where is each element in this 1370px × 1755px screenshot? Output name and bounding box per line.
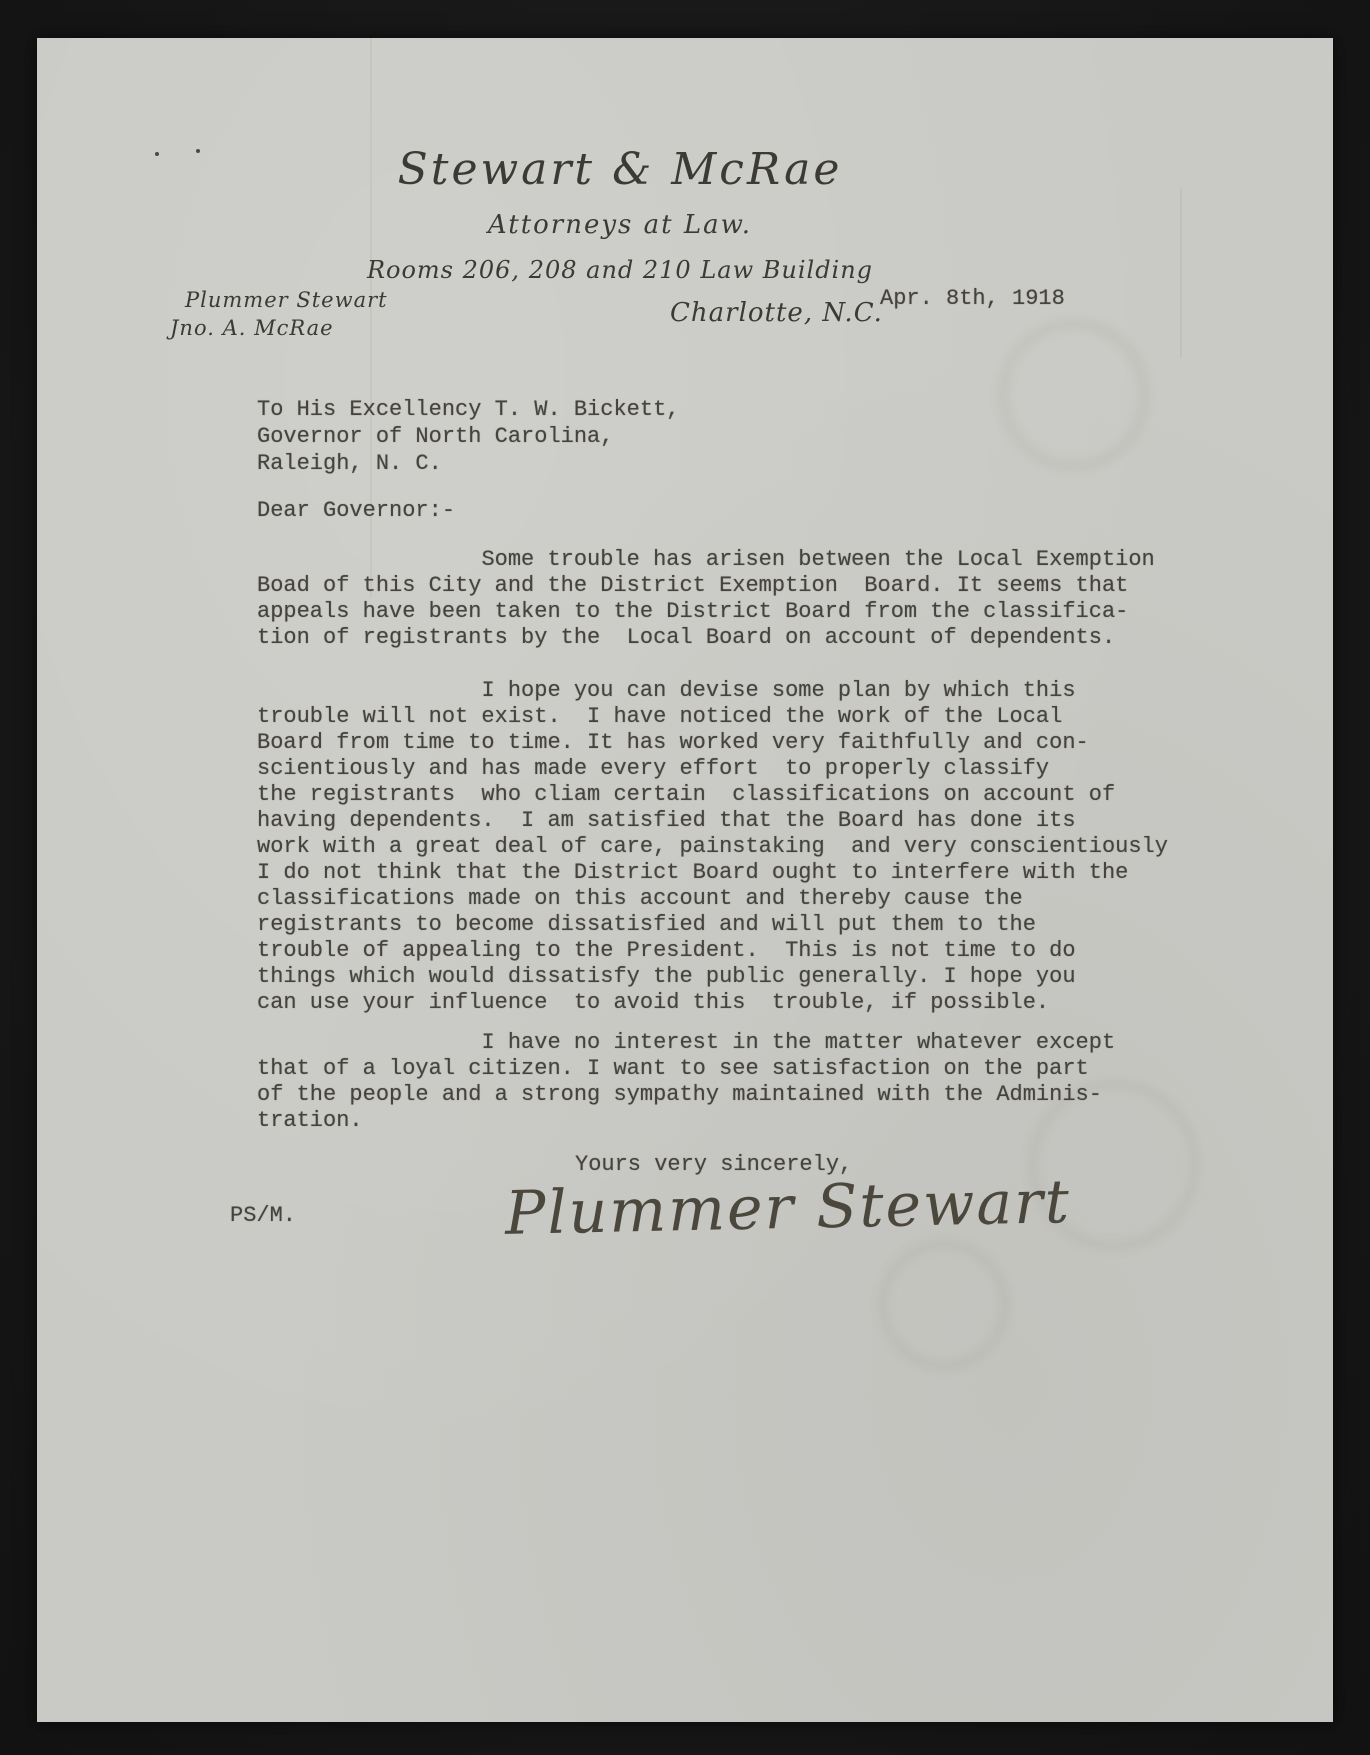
letter-date: Apr. 8th, 1918 (880, 286, 1065, 312)
body-paragraph-3: I have no interest in the matter whateve… (257, 1030, 1217, 1134)
letterhead-firm-name: Stewart & McRae (0, 144, 1268, 195)
body-paragraph-1: Some trouble has arisen between the Loca… (257, 547, 1217, 651)
letterhead-partner-1: Plummer Stewart (185, 288, 388, 312)
letter-page: Stewart & McRae Attorneys at Law. Rooms … (37, 38, 1333, 1722)
letterhead-address: Rooms 206, 208 and 210 Law Building (0, 256, 1268, 284)
handwritten-signature: Plummer Stewart (504, 1167, 1071, 1249)
body-paragraph-2: I hope you can devise some plan by which… (257, 678, 1217, 1016)
salutation: Dear Governor:- (257, 498, 455, 524)
letterhead-partner-2: Jno. A. McRae (170, 316, 334, 340)
reference-initials: PS/M. (230, 1203, 296, 1229)
letterhead-city: Charlotte, N.C. (670, 298, 883, 328)
bleedthrough-ghost (877, 1238, 1011, 1372)
bleedthrough-ghost (997, 318, 1151, 472)
scan-background: Stewart & McRae Attorneys at Law. Rooms … (0, 0, 1370, 1755)
recipient-address-block: To His Excellency T. W. Bickett, Governo… (257, 396, 679, 477)
letterhead-tagline: Attorneys at Law. (0, 210, 1268, 240)
